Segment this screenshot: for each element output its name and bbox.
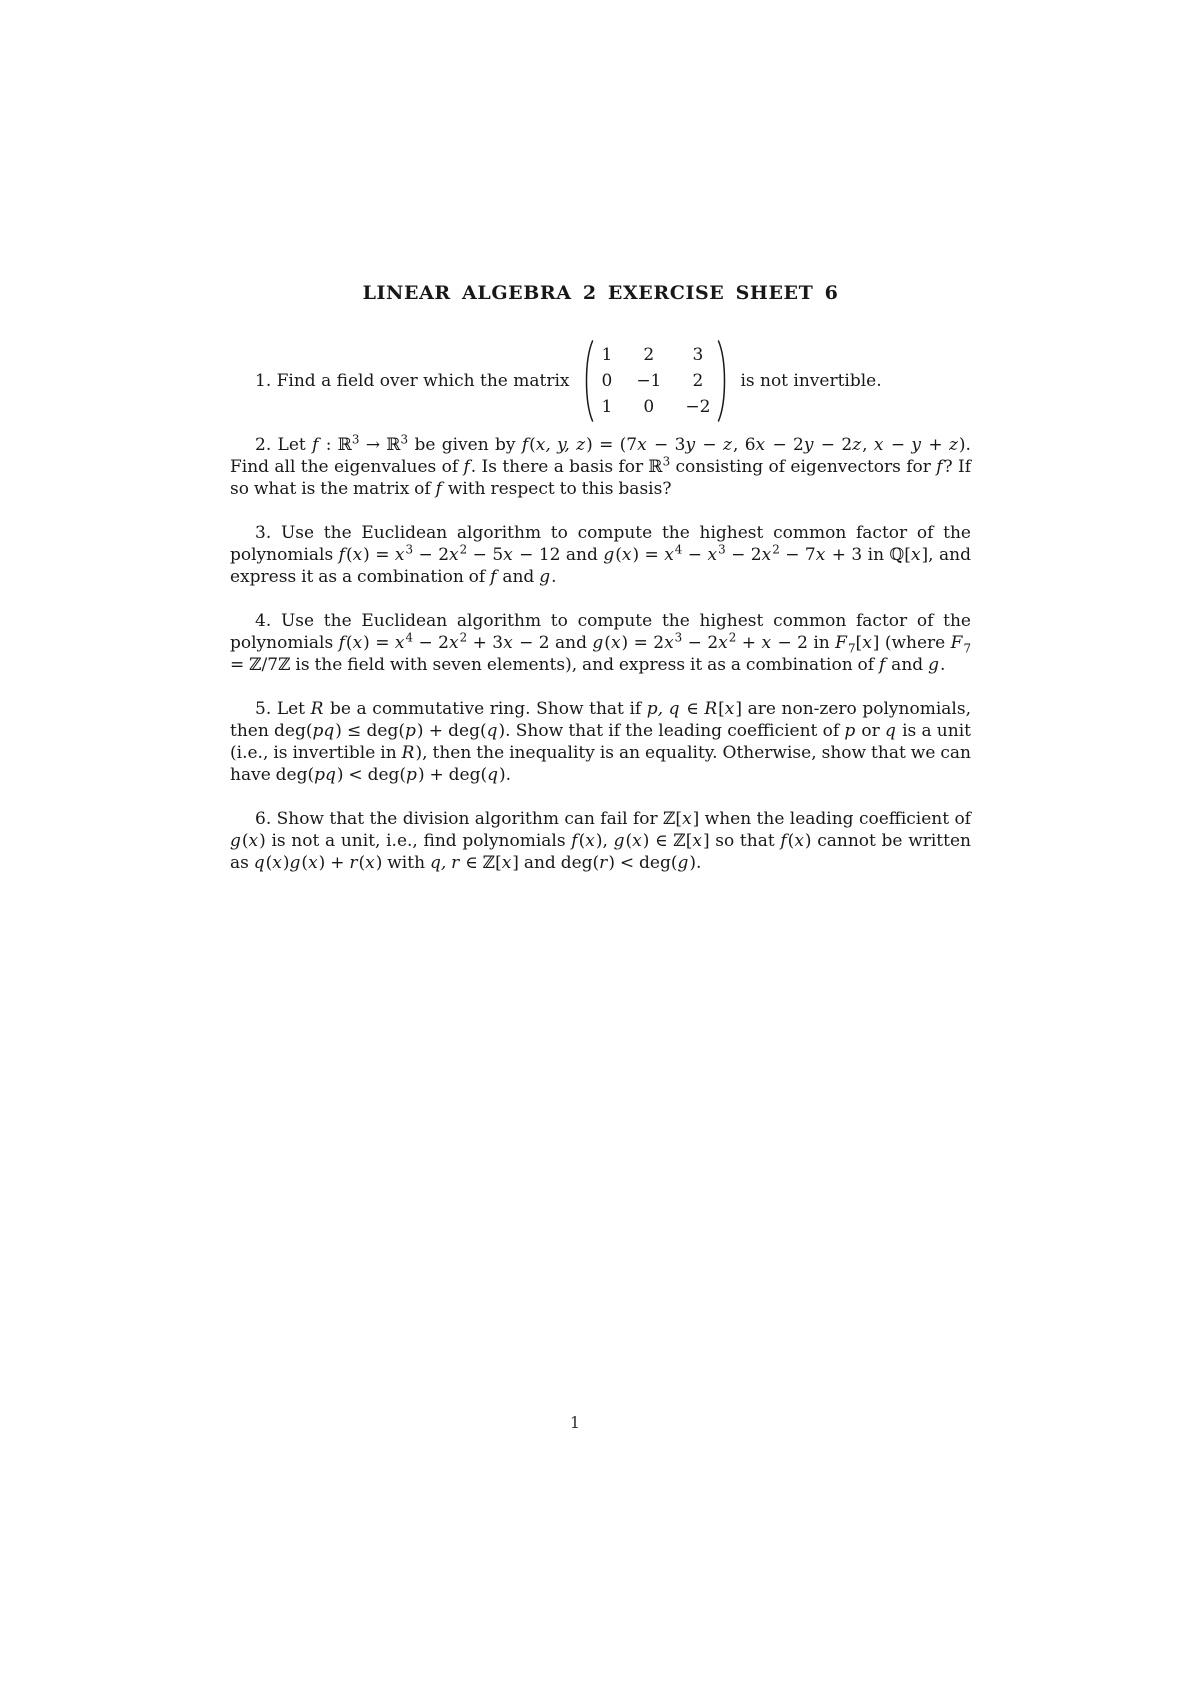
matrix-cell: 3 (692, 343, 703, 368)
matrix-cell: 1 (601, 343, 612, 368)
problem-4: 4. Use the Euclidean algorithm to comput… (230, 610, 971, 676)
matrix-cell: 0 (601, 369, 612, 394)
matrix-cell: 0 (643, 395, 654, 420)
matrix-cell: 2 (643, 343, 654, 368)
problem-1-text-after-matrix: is not invertible. (740, 370, 881, 392)
matrix-cell: 2 (692, 369, 703, 394)
matrix: 1 2 3 0 −1 2 1 0 −2 (581, 338, 730, 424)
page-number: 1 (230, 1413, 920, 1432)
exercise-sheet-content: LINEAR ALGEBRA 2 EXERCISE SHEET 6 1. Fin… (230, 282, 971, 874)
matrix-grid: 1 2 3 0 −1 2 1 0 −2 (594, 343, 717, 420)
problem-1-text-before-matrix: 1. Find a field over which the matrix (255, 370, 569, 392)
problem-3: 3. Use the Euclidean algorithm to comput… (230, 522, 971, 588)
document-title: LINEAR ALGEBRA 2 EXERCISE SHEET 6 (230, 282, 971, 304)
problem-2: 2. Let f : ℝ3 → ℝ3 be given by f(x, y, z… (230, 434, 971, 500)
matrix-cell: −2 (685, 395, 710, 420)
problem-6: 6. Show that the division algorithm can … (230, 808, 971, 874)
left-paren-icon (581, 338, 594, 424)
right-paren-icon (717, 338, 730, 424)
problem-5: 5. Let R be a commutative ring. Show tha… (230, 698, 971, 786)
document-page: LINEAR ALGEBRA 2 EXERCISE SHEET 6 1. Fin… (0, 0, 1200, 1697)
matrix-cell: 1 (601, 395, 612, 420)
matrix-cell: −1 (636, 369, 661, 394)
problem-1: 1. Find a field over which the matrix 1 … (230, 338, 971, 424)
